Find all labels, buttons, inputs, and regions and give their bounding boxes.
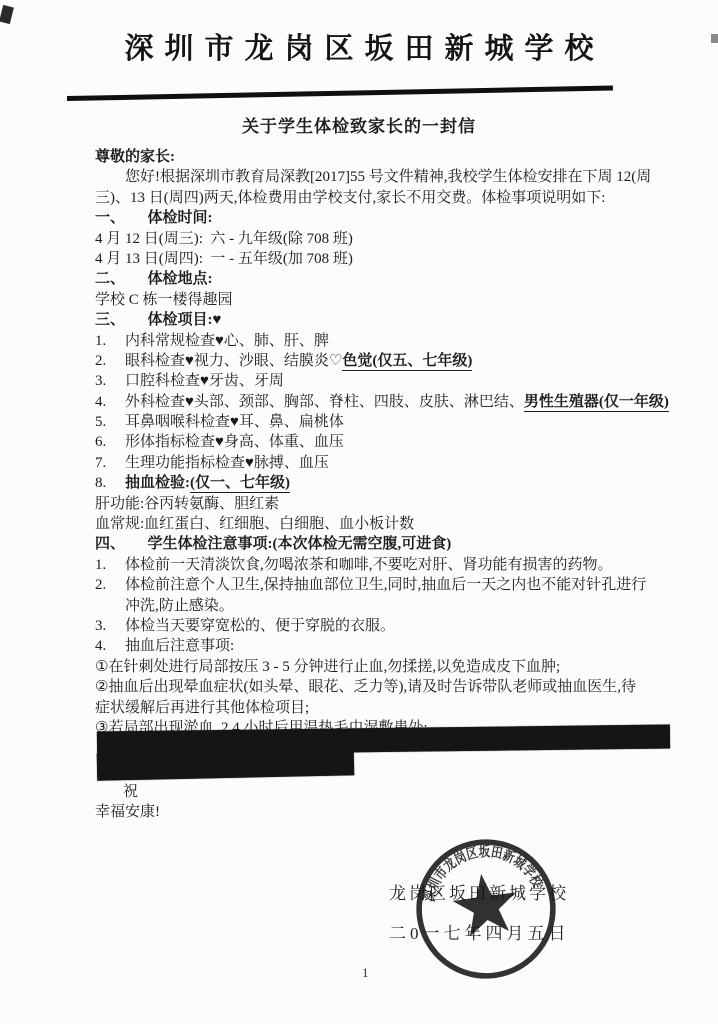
- item-text-plain: 生理功能指标检查♥脉搏、血压: [125, 455, 329, 471]
- note-text: 体检当天要穿宽松的、便于穿脱的衣服。: [125, 616, 718, 636]
- note-text-line: 体检前注意个人卫生,保持抽血部位卫生,同时,抽血后一天之内也不能对针孔进行: [125, 575, 718, 595]
- item-number: 2.: [95, 351, 125, 371]
- item-number: 3.: [95, 616, 125, 636]
- subnote-line: ②抽血后出现晕血症状(如头晕、眼花、乏力等),请及时告诉带队老师或抽血医生,待: [95, 677, 718, 697]
- note-text: 体检前一天清淡饮食,勿喝浓茶和咖啡,不要吃对肝、肾功能有损害的药物。: [125, 555, 718, 575]
- subnote-line: 症状缓解后再进行其他体检项目;: [95, 698, 718, 718]
- note-item: 2. 体检前注意个人卫生,保持抽血部位卫生,同时,抽血后一天之内也不能对针孔进行…: [95, 575, 718, 616]
- blood-routine-line: 血常规:血红蛋白、红细胞、白细胞、血小板计数: [95, 514, 718, 534]
- note-item: 1. 体检前一天清淡饮食,勿喝浓茶和咖啡,不要吃对肝、肾功能有损害的药物。: [95, 555, 718, 575]
- exam-item: 1. 内科常规检查♥心、肺、肝、脾: [95, 331, 718, 351]
- item-text-emphasis: 色觉(仅五、七年级): [342, 353, 472, 371]
- closing-wish: 祝: [123, 780, 138, 801]
- exam-item: 6. 形体指标检查♥身高、体重、血压: [95, 432, 718, 452]
- item-number: 5.: [95, 412, 125, 432]
- intro-line: 三)、13 日(周四)两天,体检费用由学校支付,家长不用交费。体检事项说明如下:: [95, 188, 718, 208]
- item-text-plain: 形体指标检查♥身高、体重、血压: [125, 434, 344, 450]
- item-number: 8.: [95, 473, 125, 493]
- schedule-line-1: 4 月 12 日(周三): 六 - 九年级(除 708 班): [95, 229, 718, 249]
- item-text-plain: 外科检查♥头部、颈部、胸部、脊柱、四肢、皮肤、淋巴结、: [125, 394, 524, 410]
- item-number: 3.: [95, 371, 125, 391]
- item-text: 口腔科检查♥牙齿、牙周: [125, 371, 718, 391]
- item-text: 抽血检验:(仅一、七年级): [125, 473, 718, 493]
- intro-line: 您好!根据深圳市教育局深教[2017]55 号文件精神,我校学生体检安排在下周 …: [95, 167, 718, 187]
- item-text: 生理功能指标检查♥脉搏、血压: [125, 453, 718, 473]
- item-text: 形体指标检查♥身高、体重、血压: [125, 432, 718, 452]
- exam-item: 2. 眼科检查♥视力、沙眼、结膜炎♡色觉(仅五、七年级): [95, 351, 718, 371]
- note-text-line: 冲洗,防止感染。: [125, 596, 718, 616]
- exam-item: 5. 耳鼻咽喉科检查♥耳、鼻、扁桃体: [95, 412, 718, 432]
- salutation: 尊敬的家长:: [95, 147, 718, 167]
- place-line: 学校 C 栋一楼得趣园: [95, 290, 718, 310]
- item-text: 眼科检查♥视力、沙眼、结膜炎♡色觉(仅五、七年级): [125, 351, 718, 371]
- note-item: 3. 体检当天要穿宽松的、便于穿脱的衣服。: [95, 616, 718, 636]
- schedule-line-2: 4 月 13 日(周四): 一 - 五年级(加 708 班): [95, 249, 718, 269]
- section-notes-heading: 四、 学生体检注意事项:(本次体检无需空腹,可进食): [95, 534, 718, 554]
- page-number: 1: [362, 965, 369, 981]
- item-text-plain: 口腔科检查♥牙齿、牙周: [125, 373, 284, 389]
- school-name-heading: 深圳市龙岗区坂田新城学校: [0, 26, 718, 67]
- item-number: 7.: [95, 453, 125, 473]
- item-text: 耳鼻咽喉科检查♥耳、鼻、扁桃体: [125, 412, 718, 432]
- item-number: 6.: [95, 432, 125, 452]
- note-text: 抽血后注意事项:: [125, 636, 718, 656]
- exam-item: 7. 生理功能指标检查♥脉搏、血压: [95, 453, 718, 473]
- item-number: 4.: [95, 636, 125, 656]
- item-text-emphasis: (仅一、七年级): [190, 475, 290, 493]
- exam-item: 4. 外科检查♥头部、颈部、胸部、脊柱、四肢、皮肤、淋巴结、男性生殖器(仅一年级…: [95, 392, 718, 412]
- closing-blessing: 幸福安康!: [95, 800, 160, 821]
- item-text-emphasis: 男性生殖器(仅一年级): [524, 394, 669, 412]
- scan-artifact-speck: [0, 5, 14, 24]
- item-number: 1.: [95, 331, 125, 351]
- note-item: 4. 抽血后注意事项:: [95, 636, 718, 656]
- exam-item: 3. 口腔科检查♥牙齿、牙周: [95, 371, 718, 391]
- exam-item: 8. 抽血检验:(仅一、七年级): [95, 473, 718, 493]
- item-text: 内科常规检查♥心、肺、肝、脾: [125, 331, 718, 351]
- section-items-heading: 三、 体检项目:♥: [95, 310, 718, 330]
- letter-body: 尊敬的家长: 您好!根据深圳市教育局深教[2017]55 号文件精神,我校学生体…: [95, 147, 718, 738]
- letter-title: 关于学生体检致家长的一封信: [0, 112, 718, 137]
- item-number: 2.: [95, 575, 125, 595]
- star-icon: [450, 869, 521, 938]
- redaction-bar: [97, 748, 355, 780]
- section-place-heading: 二、 体检地点:: [95, 269, 718, 289]
- header-divider-rule: [67, 86, 613, 101]
- scanned-letter-page: 深圳市龙岗区坂田新城学校 关于学生体检致家长的一封信 尊敬的家长: 您好!根据深…: [0, 0, 718, 1024]
- item-number: 1.: [95, 555, 125, 575]
- blood-liver-line: 肝功能:谷丙转氨酶、胆红素: [95, 494, 718, 514]
- item-text-plain: 眼科检查♥视力、沙眼、结膜炎♡: [125, 353, 342, 369]
- item-text-plain: 内科常规检查♥心、肺、肝、脾: [125, 333, 329, 349]
- item-number: 4.: [95, 392, 125, 412]
- item-text-plain: 耳鼻咽喉科检查♥耳、鼻、扁桃体: [125, 414, 344, 430]
- note-text: 体检前注意个人卫生,保持抽血部位卫生,同时,抽血后一天之内也不能对针孔进行 冲洗…: [125, 575, 718, 616]
- section-time-heading: 一、 体检时间:: [95, 208, 718, 228]
- item-text: 外科检查♥头部、颈部、胸部、脊柱、四肢、皮肤、淋巴结、男性生殖器(仅一年级): [125, 392, 718, 412]
- school-seal-stamp: 深圳市龙岗区坂田新城学校: [400, 823, 572, 995]
- item-text-plain: 抽血检验:: [125, 475, 190, 491]
- subnote-line: ①在针刺处进行局部按压 3 - 5 分钟进行止血,勿揉搓,以免造成皮下血肿;: [95, 657, 718, 677]
